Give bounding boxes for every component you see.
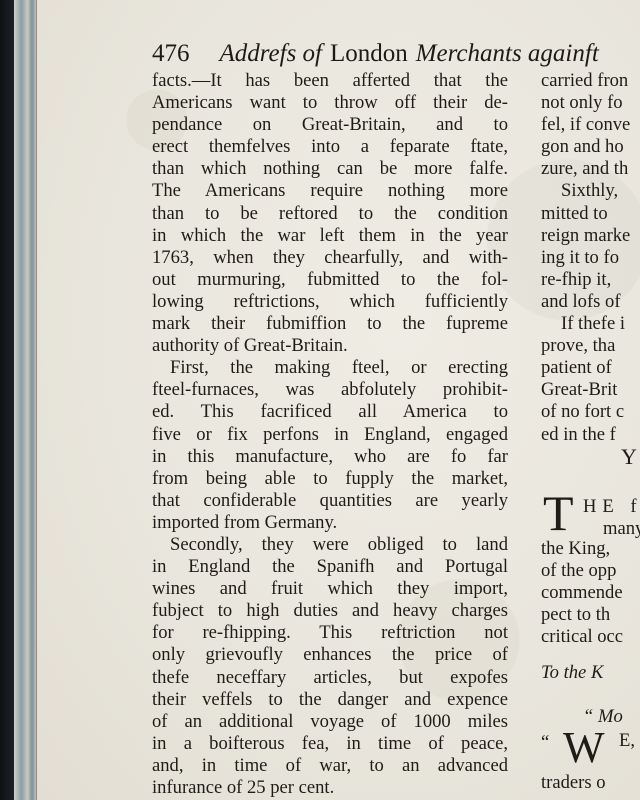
text-line: The Americans require nothing more — [152, 180, 508, 202]
text-line: carried fron — [541, 70, 640, 92]
spacer — [541, 684, 640, 706]
text-line: than to be reftored to the condition — [152, 203, 508, 225]
text-line: in which the war left them in the year — [152, 225, 508, 247]
drop-cap-letter: T — [543, 488, 574, 538]
text-line: Great-Brit — [541, 379, 640, 401]
text-line: not only fo — [541, 92, 640, 114]
text-line: reign marke — [541, 225, 640, 247]
address-heading: To the K — [541, 662, 640, 684]
text-line: critical occ — [541, 626, 640, 648]
text-line: imported from Germany. — [152, 512, 508, 534]
text-line: fel, if conve — [541, 114, 640, 136]
text-line: ed in the f — [541, 424, 640, 446]
text-line: five or fix perfons in England, engaged — [152, 424, 508, 446]
text-line: ed. This facrificed all America to — [152, 401, 508, 423]
text-line: from being able to fupply the market, — [152, 468, 508, 490]
text-line: gon and ho — [541, 136, 640, 158]
text-line: infurance of 25 per cent. — [152, 777, 508, 799]
text-line: in this manufacture, who are fo far — [152, 446, 508, 468]
drop-cap-rest: HE f — [583, 496, 640, 518]
drop-cap-block: T HE f many — [541, 492, 640, 538]
text-line: wines and fruit which they import, — [152, 578, 508, 600]
spacer — [541, 648, 640, 662]
text-line: erect themfelves into a feparate ftate, — [152, 136, 508, 158]
text-line: of no fort c — [541, 401, 640, 423]
text-line: mark their fubmiffion to the fupreme — [152, 313, 508, 335]
text-line: Americans want to throw off their de- — [152, 92, 508, 114]
text-line: re-fhip it, — [541, 269, 640, 291]
text-line: commende — [541, 582, 640, 604]
text-line: fteel-furnaces, was abfolutely prohibit- — [152, 379, 508, 401]
section-initial: Y — [541, 446, 640, 468]
page-number: 476 — [152, 40, 190, 67]
header-title-italic-1: Addrefs of — [219, 40, 322, 67]
text-line: fubject to high duties and heavy charges — [152, 600, 508, 622]
text-line: pect to th — [541, 604, 640, 626]
text-line: zure, and th — [541, 158, 640, 180]
text-line: prove, tha — [541, 335, 640, 357]
text-line: of an additional voyage of 1000 miles — [152, 711, 508, 733]
text-line: out murmuring, fubmitted to the fol- — [152, 269, 508, 291]
text-line: Sixthly, — [541, 180, 640, 202]
text-line: that confiderable quantities are yearly — [152, 490, 508, 512]
text-line: facts.—It has been afferted that the — [152, 70, 508, 92]
left-text-column: facts.—It has been afferted that the Ame… — [152, 70, 508, 799]
text-line: than which nothing can be more falfe. — [152, 158, 508, 180]
text-line: lowing reftrictions, which fufficiently — [152, 291, 508, 313]
text-line: in England the Spanifh and Portugal — [152, 556, 508, 578]
text-line: ing it to fo — [541, 247, 640, 269]
text-line: only grievoufly enhances the price of — [152, 644, 508, 666]
text-line: and lofs of — [541, 291, 640, 313]
we-drop-cap-block: “ W E, lo — [541, 728, 640, 772]
open-quote: “ — [541, 732, 549, 754]
text-line: the King, — [541, 538, 640, 560]
text-line: 1763, when they chearfully, and with- — [152, 247, 508, 269]
text-line: patient of — [541, 357, 640, 379]
text-line: and, in time of war, to an advanced — [152, 755, 508, 777]
drop-cap-letter: W — [563, 726, 605, 770]
header-title-italic-2: Merchants againft — [416, 40, 599, 67]
text-line: many — [603, 518, 640, 540]
header-title-roman: London — [330, 40, 408, 67]
text-line: thefe neceffary articles, but expofes — [152, 667, 508, 689]
running-header: 476 Addrefs of London Merchants againft — [152, 38, 640, 69]
text-line: for re-fhipping. This reftriction not — [152, 622, 508, 644]
text-line: their veffels to the danger and expence — [152, 689, 508, 711]
text-line: of the opp — [541, 560, 640, 582]
text-line: in a boifterous fea, in time of peace, — [152, 733, 508, 755]
drop-cap-rest: E, — [619, 730, 635, 752]
text-line: mitted to — [541, 203, 640, 225]
right-text-column: carried fron not only fo fel, if conve g… — [541, 70, 640, 794]
text-line: First, the making fteel, or erecting — [152, 357, 508, 379]
text-line: authority of Great-Britain. — [152, 335, 508, 357]
text-line: If thefe i — [541, 313, 640, 335]
text-line: Secondly, they were obliged to land — [152, 534, 508, 556]
text-line: pendance on Great-Britain, and to — [152, 114, 508, 136]
text-line: traders o — [541, 772, 640, 794]
